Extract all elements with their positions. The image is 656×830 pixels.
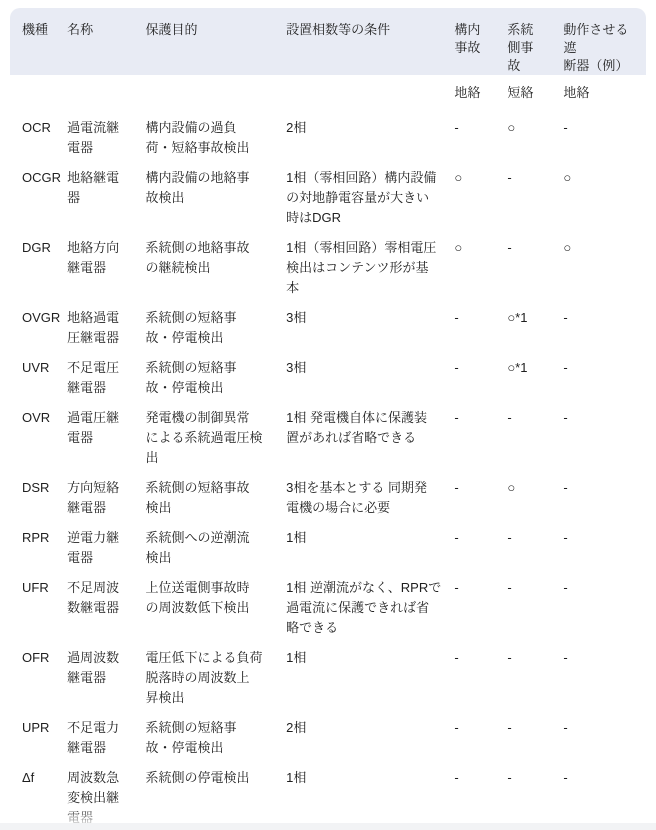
table-row: Δf周波数急 変検出継 電器系統側の停電検出1相--- <box>10 763 646 830</box>
subheader-empty <box>146 75 287 111</box>
cell-purpose: 系統側の短絡事 故・停電検出 <box>146 713 287 763</box>
cell-purpose: 系統側への逆潮流 検出 <box>146 523 287 573</box>
cell-grid-short-circuit-mark: - <box>507 643 563 713</box>
subheader-empty <box>67 75 145 111</box>
col-header-onsite-fault: 構内 事故 <box>454 8 507 75</box>
cell-purpose: 構内設備の過負 荷・短絡事故検出 <box>146 111 287 163</box>
bottom-strip <box>0 823 656 830</box>
subheader-breaker-ground-fault: 地絡 <box>563 75 646 111</box>
cell-onsite-ground-fault-mark: - <box>454 523 507 573</box>
subheader-grid-short-circuit: 短絡 <box>507 75 563 111</box>
cell-breaker-ground-fault-mark: - <box>563 643 646 713</box>
cell-onsite-ground-fault-mark: - <box>454 643 507 713</box>
cell-name: 周波数急 変検出継 電器 <box>67 763 145 830</box>
cell-model: OVR <box>10 403 67 473</box>
cell-grid-short-circuit-mark: - <box>507 403 563 473</box>
cell-name: 過電流継 電器 <box>67 111 145 163</box>
col-header-condition: 設置相数等の条件 <box>286 8 454 75</box>
cell-name: 不足電圧 継電器 <box>67 353 145 403</box>
table-row: OCR過電流継 電器構内設備の過負 荷・短絡事故検出2相-○- <box>10 111 646 163</box>
subheader-empty <box>10 75 67 111</box>
cell-condition: 3相 <box>286 353 454 403</box>
cell-name: 逆電力継 電器 <box>67 523 145 573</box>
cell-breaker-ground-fault-mark: - <box>563 353 646 403</box>
cell-condition: 3相を基本とする 同期発 電機の場合に必要 <box>286 473 454 523</box>
cell-purpose: 上位送電側事故時 の周波数低下検出 <box>146 573 287 643</box>
cell-name: 地絡継電 器 <box>67 163 145 233</box>
table-row: OVGR地絡過電 圧継電器系統側の短絡事 故・停電検出3相-○*1- <box>10 303 646 353</box>
cell-name: 過周波数 継電器 <box>67 643 145 713</box>
subheader-empty <box>286 75 454 111</box>
col-header-breaker: 動作させる遮 断器（例） <box>563 8 646 75</box>
table-body: OCR過電流継 電器構内設備の過負 荷・短絡事故検出2相-○-OCGR地絡継電 … <box>10 111 646 830</box>
cell-condition: 1相 発電機自体に保護装 置があれば省略できる <box>286 403 454 473</box>
cell-grid-short-circuit-mark: - <box>507 763 563 830</box>
cell-model: UFR <box>10 573 67 643</box>
cell-model: DGR <box>10 233 67 303</box>
cell-model: OCR <box>10 111 67 163</box>
table-row: DSR方向短絡 継電器系統側の短絡事故 検出3相を基本とする 同期発 電機の場合… <box>10 473 646 523</box>
cell-purpose: 系統側の短絡事 故・停電検出 <box>146 353 287 403</box>
table-row: UPR不足電力 継電器系統側の短絡事 故・停電検出2相--- <box>10 713 646 763</box>
cell-onsite-ground-fault-mark: ○ <box>454 233 507 303</box>
cell-condition: 1相 <box>286 763 454 830</box>
table-row: DGR地絡方向 継電器系統側の地絡事故 の継続検出1相（零相回路）零相電圧 検出… <box>10 233 646 303</box>
cell-condition: 1相 逆潮流がなく、RPRで 過電流に保護できれば省 略できる <box>286 573 454 643</box>
cell-model: DSR <box>10 473 67 523</box>
table-subheader-row: 地絡 短絡 地絡 <box>10 75 646 111</box>
cell-onsite-ground-fault-mark: - <box>454 111 507 163</box>
table-row: OCGR地絡継電 器構内設備の地絡事 故検出1相（零相回路）構内設備 の対地静電… <box>10 163 646 233</box>
cell-condition: 2相 <box>286 111 454 163</box>
cell-onsite-ground-fault-mark: - <box>454 763 507 830</box>
cell-model: UVR <box>10 353 67 403</box>
cell-breaker-ground-fault-mark: - <box>563 523 646 573</box>
cell-breaker-ground-fault-mark: - <box>563 763 646 830</box>
cell-name: 地絡方向 継電器 <box>67 233 145 303</box>
cell-onsite-ground-fault-mark: - <box>454 303 507 353</box>
cell-onsite-ground-fault-mark: - <box>454 403 507 473</box>
cell-name: 方向短絡 継電器 <box>67 473 145 523</box>
cell-condition: 1相 <box>286 523 454 573</box>
cell-condition: 1相 <box>286 643 454 713</box>
table-row: OFR過周波数 継電器電圧低下による負荷 脱落時の周波数上 昇検出1相--- <box>10 643 646 713</box>
cell-onsite-ground-fault-mark: - <box>454 473 507 523</box>
cell-model: OFR <box>10 643 67 713</box>
cell-grid-short-circuit-mark: ○*1 <box>507 303 563 353</box>
cell-purpose: 系統側の短絡事 故・停電検出 <box>146 303 287 353</box>
cell-onsite-ground-fault-mark: ○ <box>454 163 507 233</box>
cell-breaker-ground-fault-mark: - <box>563 573 646 643</box>
cell-purpose: 電圧低下による負荷 脱落時の周波数上 昇検出 <box>146 643 287 713</box>
cell-grid-short-circuit-mark: - <box>507 233 563 303</box>
cell-model: Δf <box>10 763 67 830</box>
cell-onsite-ground-fault-mark: - <box>454 713 507 763</box>
cell-name: 過電圧継 電器 <box>67 403 145 473</box>
cell-condition: 1相（零相回路）構内設備 の対地静電容量が大きい 時はDGR <box>286 163 454 233</box>
protective-relay-table: 機種 名称 保護目的 設置相数等の条件 構内 事故 系統 側事 故 動作させる遮… <box>10 8 646 830</box>
cell-grid-short-circuit-mark: ○ <box>507 473 563 523</box>
col-header-model: 機種 <box>10 8 67 75</box>
cell-condition: 1相（零相回路）零相電圧 検出はコンテンツ形が基 本 <box>286 233 454 303</box>
cell-grid-short-circuit-mark: - <box>507 573 563 643</box>
col-header-name: 名称 <box>67 8 145 75</box>
col-header-purpose: 保護目的 <box>146 8 287 75</box>
cell-condition: 2相 <box>286 713 454 763</box>
table-row: RPR逆電力継 電器系統側への逆潮流 検出1相--- <box>10 523 646 573</box>
cell-breaker-ground-fault-mark: ○ <box>563 233 646 303</box>
cell-breaker-ground-fault-mark: - <box>563 111 646 163</box>
table-row: OVR過電圧継 電器発電機の制御異常 による系統過電圧検 出1相 発電機自体に保… <box>10 403 646 473</box>
cell-purpose: 構内設備の地絡事 故検出 <box>146 163 287 233</box>
table-row: UVR不足電圧 継電器系統側の短絡事 故・停電検出3相-○*1- <box>10 353 646 403</box>
cell-purpose: 系統側の地絡事故 の継続検出 <box>146 233 287 303</box>
cell-model: OCGR <box>10 163 67 233</box>
cell-breaker-ground-fault-mark: - <box>563 473 646 523</box>
cell-condition: 3相 <box>286 303 454 353</box>
cell-grid-short-circuit-mark: - <box>507 713 563 763</box>
cell-name: 不足電力 継電器 <box>67 713 145 763</box>
cell-name: 地絡過電 圧継電器 <box>67 303 145 353</box>
cell-grid-short-circuit-mark: ○*1 <box>507 353 563 403</box>
table-header-row: 機種 名称 保護目的 設置相数等の条件 構内 事故 系統 側事 故 動作させる遮… <box>10 8 646 75</box>
cell-grid-short-circuit-mark: ○ <box>507 111 563 163</box>
cell-model: OVGR <box>10 303 67 353</box>
cell-model: RPR <box>10 523 67 573</box>
cell-purpose: 系統側の停電検出 <box>146 763 287 830</box>
cell-name: 不足周波 数継電器 <box>67 573 145 643</box>
cell-onsite-ground-fault-mark: - <box>454 573 507 643</box>
cell-grid-short-circuit-mark: - <box>507 163 563 233</box>
cell-breaker-ground-fault-mark: - <box>563 713 646 763</box>
cell-breaker-ground-fault-mark: ○ <box>563 163 646 233</box>
subheader-onsite-ground-fault: 地絡 <box>454 75 507 111</box>
table-row: UFR不足周波 数継電器上位送電側事故時 の周波数低下検出1相 逆潮流がなく、R… <box>10 573 646 643</box>
cell-purpose: 発電機の制御異常 による系統過電圧検 出 <box>146 403 287 473</box>
cell-breaker-ground-fault-mark: - <box>563 303 646 353</box>
cell-breaker-ground-fault-mark: - <box>563 403 646 473</box>
cell-purpose: 系統側の短絡事故 検出 <box>146 473 287 523</box>
cell-grid-short-circuit-mark: - <box>507 523 563 573</box>
cell-model: UPR <box>10 713 67 763</box>
col-header-grid-fault: 系統 側事 故 <box>507 8 563 75</box>
cell-onsite-ground-fault-mark: - <box>454 353 507 403</box>
